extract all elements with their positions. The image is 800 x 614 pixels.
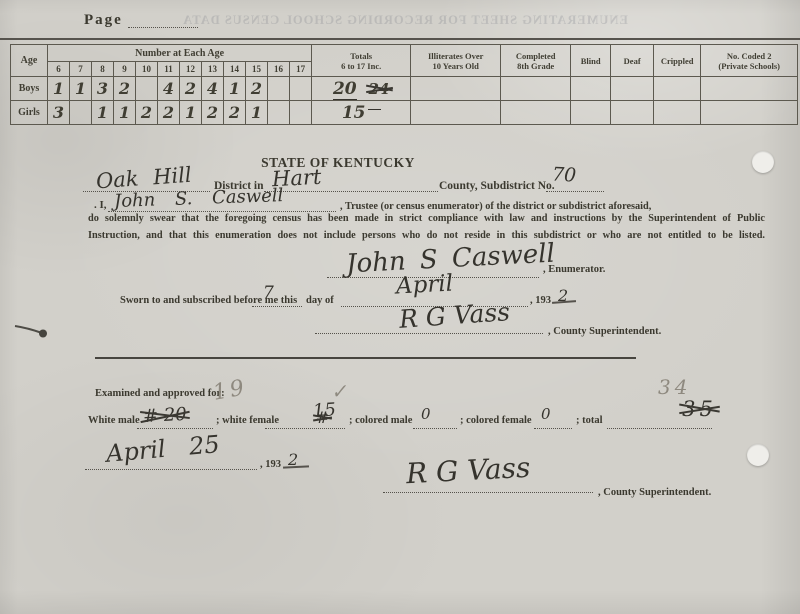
boys-completed <box>501 77 571 101</box>
girls-total-cell: 15 <box>312 101 411 125</box>
county-name-line <box>264 191 438 192</box>
boys-age9: 2 <box>114 77 136 101</box>
supt-label-mid: , County Superintendent. <box>548 326 661 337</box>
completed-header: Completed 8th Grade <box>501 45 571 77</box>
age-col-8: 8 <box>92 62 114 77</box>
year-prefix: , 193 <box>530 295 551 306</box>
boys-illiterates <box>411 77 501 101</box>
month-handwritten: April <box>395 271 453 300</box>
oath-body: do solemnly swear that the foregoing cen… <box>88 210 765 244</box>
oath-body-line1: do solemnly swear that the foregoing cen… <box>88 210 765 227</box>
boys-total: 20 <box>333 79 357 100</box>
boys-age14: 1 <box>224 77 246 101</box>
boys-age16 <box>268 77 290 101</box>
girls-age11: 2 <box>158 101 180 125</box>
girls-label: Girls <box>11 101 48 125</box>
girls-age9: 1 <box>114 101 136 125</box>
approval-date-line <box>85 469 257 470</box>
scanned-census-form: ENUMERATING SHEET FOR RECORDING SCHOOL C… <box>0 0 800 614</box>
girls-deaf <box>611 101 654 125</box>
boys-total-struck: 24 <box>369 80 390 98</box>
page-label: Page <box>84 12 123 29</box>
boys-age17 <box>290 77 312 101</box>
girls-age12: 1 <box>180 101 202 125</box>
white-female-value: 15 <box>312 399 336 422</box>
age-col-11: 11 <box>158 62 180 77</box>
age-col-12: 12 <box>180 62 202 77</box>
girls-crippled <box>654 101 701 125</box>
girls-total: 15 <box>342 103 366 123</box>
bleed-through-title: ENUMERATING SHEET FOR RECORDING SCHOOL C… <box>155 13 655 28</box>
subdistrict-no-line <box>546 191 604 192</box>
total-line <box>607 428 712 429</box>
boys-row: Boys 1 1 3 2 4 2 4 1 2 20 24 <box>11 77 798 101</box>
colored-male-line <box>413 428 457 429</box>
supt-signature-mid: R G Vass <box>398 297 511 334</box>
boys-label: Boys <box>11 77 48 101</box>
completed-header-line1: Completed <box>501 51 570 61</box>
colored-female-value: 0 <box>541 405 551 423</box>
white-male-label: White male <box>88 415 140 426</box>
colored-male-label: ; colored male <box>349 415 412 426</box>
day-handwritten: 7 <box>263 283 274 303</box>
age-col-16: 16 <box>268 62 290 77</box>
girls-illiterates <box>411 101 501 125</box>
supt-signature-bottom: R G Vass <box>405 451 531 490</box>
census-table: Age Number at Each Age Totals 6 to 17 In… <box>10 44 798 125</box>
age-col-7: 7 <box>70 62 92 77</box>
number-at-each-age-header: Number at Each Age <box>48 45 312 62</box>
totals-header-line2: 6 to 17 Inc. <box>312 61 410 71</box>
day-line <box>252 306 302 307</box>
day-of-label: day of <box>306 295 334 306</box>
age-col-10: 10 <box>136 62 158 77</box>
white-male-struck: # 20 <box>142 404 187 427</box>
girls-blind <box>571 101 611 125</box>
girls-age8: 1 <box>92 101 114 125</box>
illiterates-header-line2: 10 Years Old <box>411 61 500 71</box>
illiterates-header-line1: Illiterates Over <box>411 51 500 61</box>
approval-heading: Examined and approved for: <box>95 388 225 399</box>
blind-header: Blind <box>571 45 611 77</box>
girls-age15: 1 <box>246 101 268 125</box>
girls-age10: 2 <box>136 101 158 125</box>
boys-age11: 4 <box>158 77 180 101</box>
girls-age16 <box>268 101 290 125</box>
age-col-14: 14 <box>224 62 246 77</box>
subdistrict-no-handwritten: 70 <box>551 163 576 186</box>
totals-header-line1: Totals <box>312 51 410 61</box>
trustee-name-handwritten: John S. Caswell <box>114 185 284 212</box>
age-col-13: 13 <box>202 62 224 77</box>
boys-blind <box>571 77 611 101</box>
hole-punch-bottom <box>747 444 769 466</box>
age-col-9: 9 <box>114 62 136 77</box>
supt-signature-line-mid <box>315 333 543 334</box>
girls-age13: 2 <box>202 101 224 125</box>
age-col-17: 17 <box>290 62 312 77</box>
approval-date-handwritten: April 25 <box>105 430 221 468</box>
girls-completed <box>501 101 571 125</box>
colored-male-value: 0 <box>421 405 431 423</box>
girls-no-coded <box>701 101 798 125</box>
girls-age6: 3 <box>48 101 70 125</box>
no-coded-header-line1: No. Coded 2 <box>701 51 797 61</box>
boys-age10 <box>136 77 158 101</box>
enumerator-label: , Enumerator. <box>543 264 605 275</box>
supt-label-bottom: , County Superintendent. <box>598 487 711 498</box>
colored-female-line <box>534 428 572 429</box>
girls-total-dash <box>368 109 381 110</box>
colored-female-label: ; colored female <box>460 415 532 426</box>
age-header: Age <box>11 45 48 77</box>
county-subdistrict-label: County, Subdistrict No. <box>439 180 555 192</box>
boys-age8: 3 <box>92 77 114 101</box>
total-label: ; total <box>576 415 603 426</box>
girls-row: Girls 3 1 1 2 2 1 2 2 1 15 <box>11 101 798 125</box>
crippled-header: Crippled <box>654 45 701 77</box>
total-struck: 35 <box>682 397 717 421</box>
no-coded-header: No. Coded 2 (Private Schools) <box>701 45 798 77</box>
boys-age7: 1 <box>70 77 92 101</box>
pencil-total-count: 34 <box>658 375 691 399</box>
section-divider <box>95 357 636 359</box>
boys-age6: 1 <box>48 77 70 101</box>
page-number-line <box>128 27 198 28</box>
deaf-header: Deaf <box>611 45 654 77</box>
girls-age17 <box>290 101 312 125</box>
ink-mark <box>12 320 52 340</box>
no-coded-header-line2: (Private Schools) <box>701 61 797 71</box>
white-female-label: ; white female <box>216 415 279 426</box>
boys-age15: 2 <box>246 77 268 101</box>
boys-crippled <box>654 77 701 101</box>
completed-header-line2: 8th Grade <box>501 61 570 71</box>
hole-punch-top <box>752 151 774 173</box>
girls-age14: 2 <box>224 101 246 125</box>
oath-body-line2: Instruction, and that this enumeration d… <box>88 227 765 244</box>
boys-age13: 4 <box>202 77 224 101</box>
age-col-15: 15 <box>246 62 268 77</box>
boys-total-cell: 20 24 <box>312 77 411 101</box>
boys-deaf <box>611 77 654 101</box>
white-female-line <box>265 428 345 429</box>
boys-no-coded <box>701 77 798 101</box>
totals-header: Totals 6 to 17 Inc. <box>312 45 411 77</box>
illiterates-header: Illiterates Over 10 Years Old <box>411 45 501 77</box>
girls-age7 <box>70 101 92 125</box>
age-col-6: 6 <box>48 62 70 77</box>
supt-signature-line-bottom <box>383 492 593 493</box>
white-male-line <box>137 428 213 429</box>
top-rule <box>0 38 800 40</box>
boys-age12: 2 <box>180 77 202 101</box>
approval-year-prefix: , 193 <box>260 459 281 470</box>
pencil-white-male-count: 19 <box>211 375 249 406</box>
